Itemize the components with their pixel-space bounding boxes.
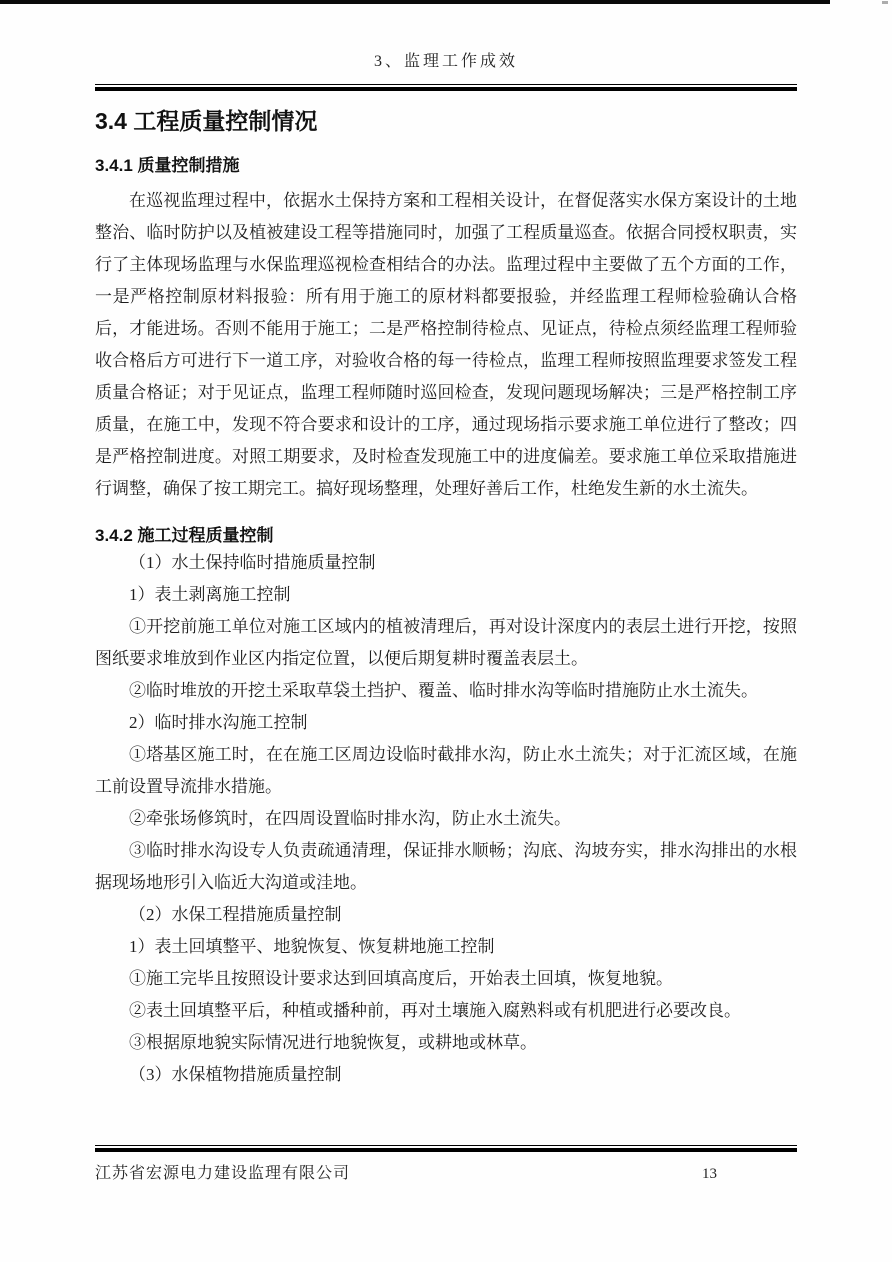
list-item: ②表土回填整平后，种植或播种前，再对土壤施入腐熟料或有机肥进行必要改良。 [95, 995, 797, 1027]
list-item: 1）表土剥离施工控制 [95, 579, 797, 611]
header-rule-thick [95, 87, 797, 91]
header-rule [95, 84, 797, 91]
scan-edge-artifact [0, 0, 830, 4]
list-item: ②临时堆放的开挖土采取草袋土挡护、覆盖、临时排水沟等临时措施防止水土流失。 [95, 675, 797, 707]
list-item: 2）临时排水沟施工控制 [95, 707, 797, 739]
section-3-4-title: 3.4 工程质量控制情况 [95, 107, 797, 135]
page-number: 13 [702, 1166, 797, 1183]
list-item: ③临时排水沟设专人负责疏通清理，保证排水顺畅；沟底、沟坡夯实，排水沟排出的水根据… [95, 835, 797, 899]
list-item: （1）水土保持临时措施质量控制 [95, 547, 797, 579]
footer-company-name: 江苏省宏源电力建设监理有限公司 [95, 1160, 350, 1183]
list-item: ①施工完毕且按照设计要求达到回填高度后，开始表土回填，恢复地貌。 [95, 963, 797, 995]
subsection-3-4-1-title: 3.4.1 质量控制措施 [95, 155, 797, 177]
page-content: 3、监理工作成效 3.4 工程质量控制情况 3.4.1 质量控制措施 在巡视监理… [0, 0, 892, 1091]
list-item: ③根据原地貌实际情况进行地貌恢复，或耕地或林草。 [95, 1027, 797, 1059]
footer-row: 江苏省宏源电力建设监理有限公司 13 [95, 1160, 797, 1183]
list-item: （3）水保植物措施质量控制 [95, 1059, 797, 1091]
footer-rule [95, 1145, 797, 1152]
list-item: 1）表土回填整平、地貌恢复、恢复耕地施工控制 [95, 931, 797, 963]
scan-speck-artifact [882, 1, 888, 4]
list-item: ②牵张场修筑时，在四周设置临时排水沟，防止水土流失。 [95, 803, 797, 835]
running-header-title: 3、监理工作成效 [374, 53, 518, 70]
page-footer: 江苏省宏源电力建设监理有限公司 13 [95, 1145, 797, 1183]
footer-rule-thick [95, 1148, 797, 1152]
subsection-3-4-2-title: 3.4.2 施工过程质量控制 [95, 525, 797, 547]
list-item: ①开挖前施工单位对施工区域内的植被清理后，再对设计深度内的表层土进行开挖，按照图… [95, 611, 797, 675]
running-header: 3、监理工作成效 [95, 52, 797, 72]
paragraph-quality-control-measures: 在巡视监理过程中，依据水土保持方案和工程相关设计，在督促落实水保方案设计的土地整… [95, 185, 797, 505]
list-item: ①塔基区施工时，在在施工区周边设临时截排水沟，防止水土流失；对于汇流区域，在施工… [95, 739, 797, 803]
document-page: 3、监理工作成效 3.4 工程质量控制情况 3.4.1 质量控制措施 在巡视监理… [0, 0, 892, 1262]
list-item: （2）水保工程措施质量控制 [95, 899, 797, 931]
